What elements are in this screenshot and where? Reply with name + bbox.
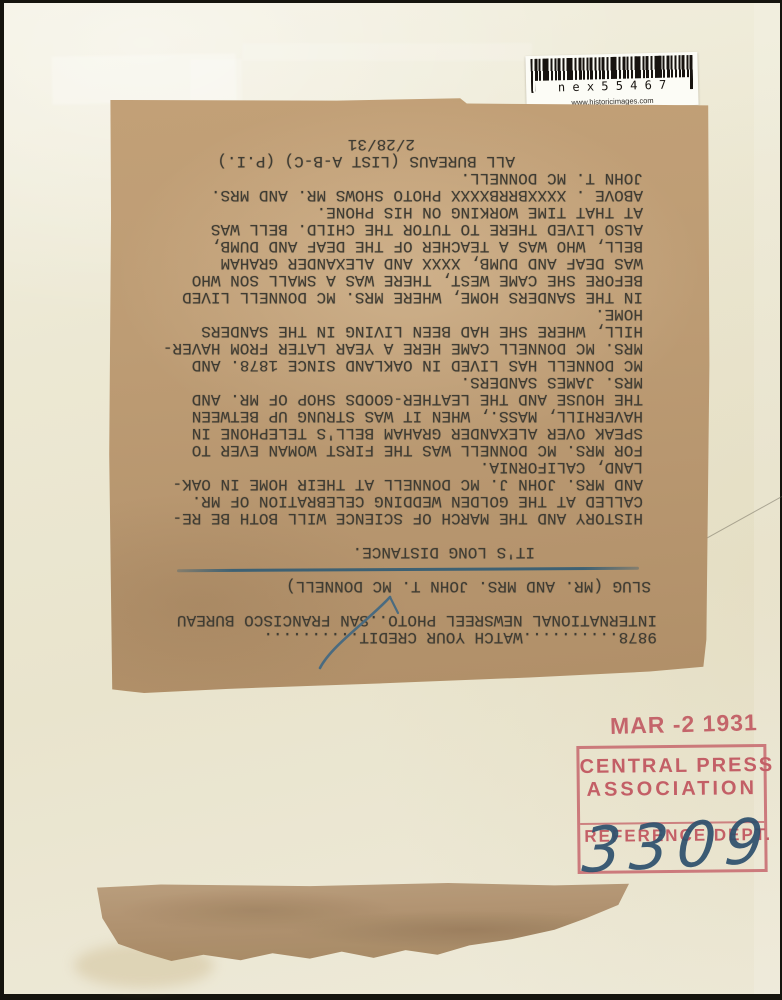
ink-underline [177,567,639,572]
caption-line: ABOVE . XXXXBRRBXXXX PHOTO SHOWS MR. AND… [146,186,643,203]
caption-line [146,526,665,543]
caption-line: BEFORE SHE CAME WEST, THERE WAS A SMALL … [146,271,643,288]
date-stamp: MAR -2 1931 [610,709,761,740]
caption-line: MRS. JAMES SANDERS. [146,373,643,390]
barcode-code: n e x 5 5 4 6 7 [535,77,689,96]
caption-line: HILL, WHERE SHE HAD BEEN LIVING IN THE S… [146,322,643,339]
caption-line: 2/28/31 [146,135,415,152]
caption-line: MC DONNELL HAS LIVED IN OAKLAND SINCE 18… [146,356,643,373]
tape-mark [190,59,242,103]
caption-slip: 9878..........WATCH YOUR CREDIT.........… [108,97,710,693]
photo-paper-back: n e x 5 5 4 6 7 www.historicimages.com 9… [4,3,780,994]
caption-line: HOME. [146,305,643,322]
caption-text: 9878..........WATCH YOUR CREDIT.........… [108,97,710,693]
caption-line: MRS. MC DONNELL CAME HERE A YEAR LATER F… [146,339,643,356]
caption-line: WAS DEAF AND DUMB, XXXX AND ALEXANDER GR… [146,254,643,271]
stamp-org-line2: ASSOCIATION [580,777,764,802]
barcode-label: n e x 5 5 4 6 7 www.historicimages.com [525,52,698,109]
caption-line: AND MRS. JOHN J. MC DONNELL AT THEIR HOM… [146,475,643,492]
caption-line: BELL, WHO WAS A TEACHER OF THE DEAF AND … [146,237,643,254]
ink-check-mark [310,589,402,673]
caption-line: ALL BUREAUS (LIST A-B-C) (P.I.) [146,152,515,169]
scanned-photo-back: { "barcode_label": { "code": "n e x 5 5 … [0,0,782,1000]
caption-line: AT THAT TIME WORKING ON HIS PHONE. [146,203,643,220]
caption-line: HISTORY AND THE MARCH OF SCIENCE WILL BO… [146,509,643,526]
caption-line: HAVERHILL, MASS., WHEN IT WAS STRUNG UP … [146,407,643,424]
caption-line: IT'S LONG DISTANCE. [146,543,535,560]
caption-line: ALSO LIVED THERE TO TUTOR THE CHILD. BEL… [146,220,643,237]
paper-residue-strip [97,883,629,961]
caption-line [146,594,665,611]
caption-line: LAND, CALIFORNIA. [146,458,643,475]
caption-line: SPEAK OVER ALEXANDER GRAHAM BELL'S TELEP… [146,424,643,441]
tape-mark [242,43,532,61]
caption-line: IN THE SANDERS HOME, WHERE MRS. MC DONNE… [146,288,643,305]
caption-line: THE HOUSE AND THE LEATHER-GOODS SHOP OF … [146,390,643,407]
stamp-org-line1: CENTRAL PRESS [579,754,763,779]
caption-line: FOR MRS. MC DONNELL WAS THE FIRST WOMAN … [146,441,643,458]
handwritten-reference-number: 3309 [580,810,773,882]
caption-line: JOHN T. MC DONNELL. [146,169,643,186]
caption-line: CALLED AT THE GOLDEN WEDDING CELEBRATION… [146,492,643,509]
